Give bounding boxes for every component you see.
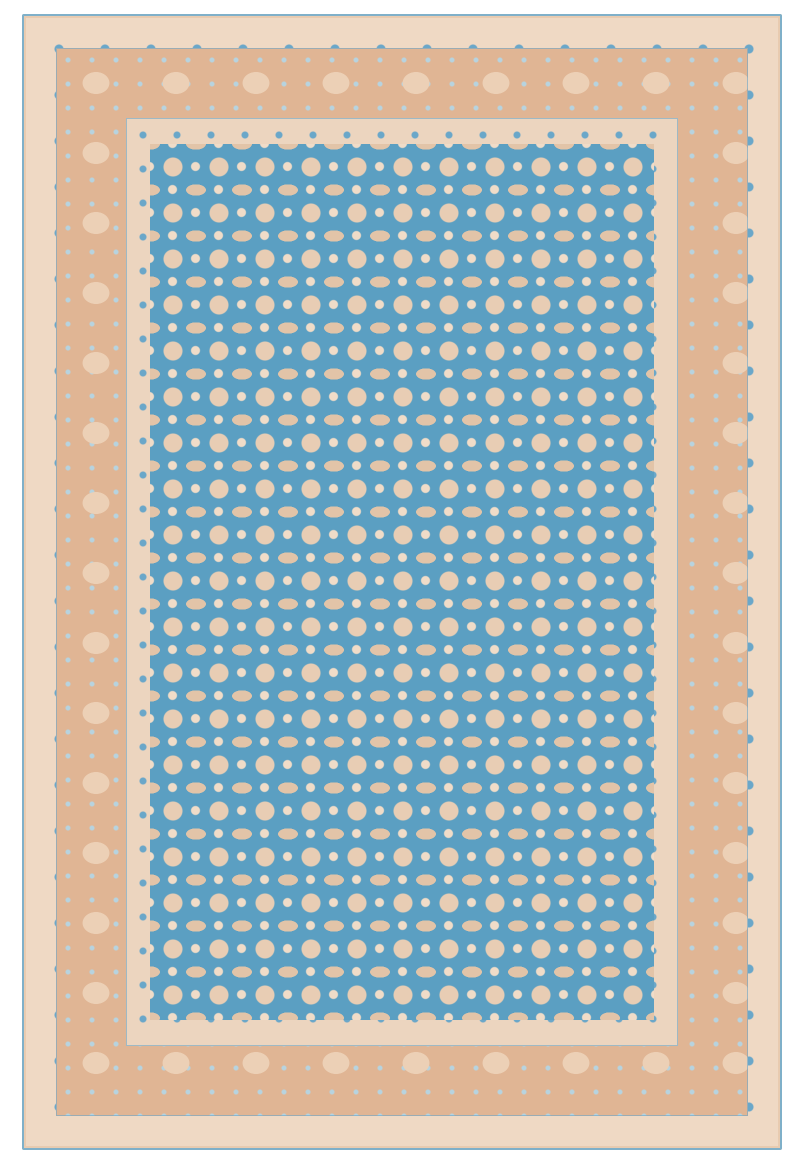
border-line xyxy=(126,118,678,1046)
rug xyxy=(22,14,782,1150)
